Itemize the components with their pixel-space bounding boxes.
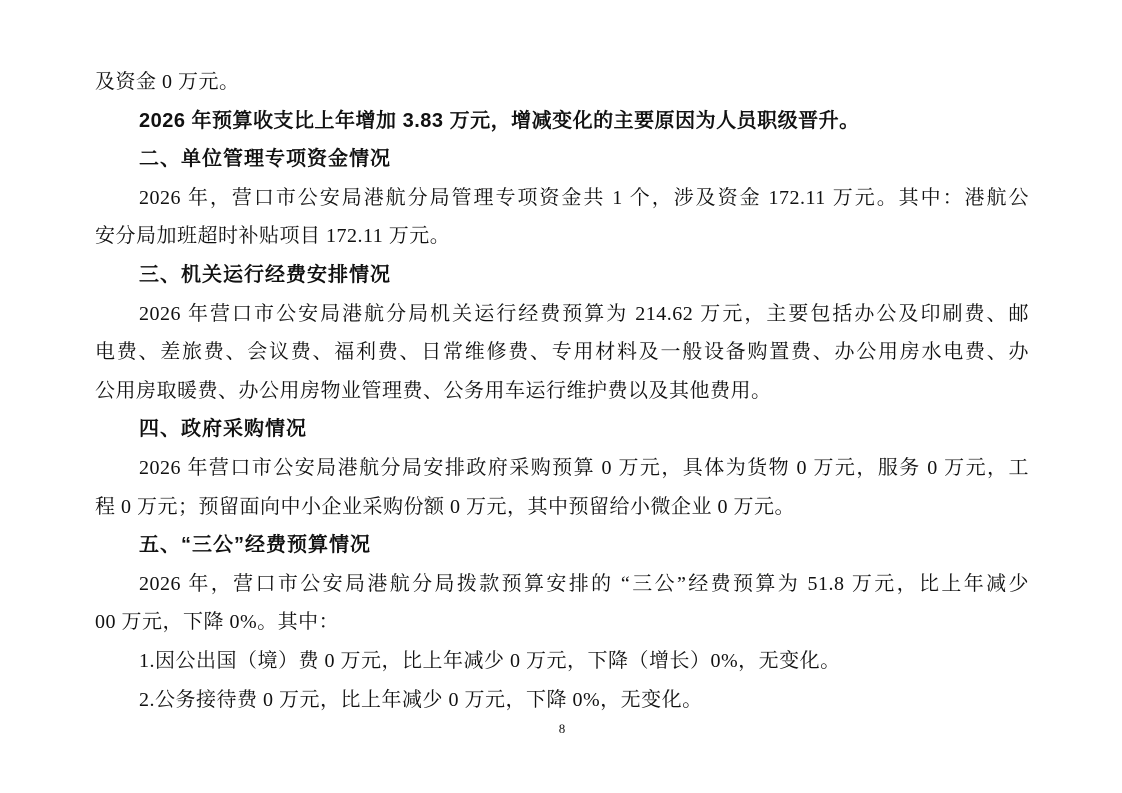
list-item-official-reception: 2.公务接待费 0 万元，比上年减少 0 万元，下降 0%，无变化。 [95,681,1029,720]
body-line: 2026 年营口市公安局港航分局机关运行经费预算为 214.62 万元，主要包括… [95,295,1029,334]
body-line: 程 0 万元；预留面向中小企业采购份额 0 万元，其中预留给小微企业 0 万元。 [95,488,1029,527]
section-heading-operating-expenses: 三、机关运行经费安排情况 [95,256,1029,295]
body-line: 2026 年，营口市公安局港航分局管理专项资金共 1 个，涉及资金 172.11… [95,179,1029,218]
section-heading-three-public-expenses: 五、“三公”经费预算情况 [95,526,1029,565]
list-item-overseas-trips: 1.因公出国（境）费 0 万元，比上年减少 0 万元，下降（增长）0%，无变化。 [95,642,1029,681]
body-line: 公用房取暖费、办公用房物业管理费、公务用车运行维护费以及其他费用。 [95,372,1029,411]
body-line: 00 万元，下降 0%。其中： [95,603,1029,642]
section-heading-government-procurement: 四、政府采购情况 [95,410,1029,449]
section-heading-unit-special-funds: 二、单位管理专项资金情况 [95,140,1029,179]
body-line: 电费、差旅费、会议费、福利费、日常维修费、专用材料及一般设备购置费、办公用房水电… [95,333,1029,372]
document-page: 及资金 0 万元。 2026 年预算收支比上年增加 3.83 万元，增减变化的主… [0,0,1122,793]
paragraph-continuation-line: 及资金 0 万元。 [95,63,1029,102]
page-number: 8 [95,721,1029,737]
body-line: 安分局加班超时补贴项目 172.11 万元。 [95,217,1029,256]
budget-change-summary-line: 2026 年预算收支比上年增加 3.83 万元，增减变化的主要原因为人员职级晋升… [95,102,1029,141]
body-line: 2026 年，营口市公安局港航分局拨款预算安排的 “三公”经费预算为 51.8 … [95,565,1029,604]
body-line: 2026 年营口市公安局港航分局安排政府采购预算 0 万元，具体为货物 0 万元… [95,449,1029,488]
